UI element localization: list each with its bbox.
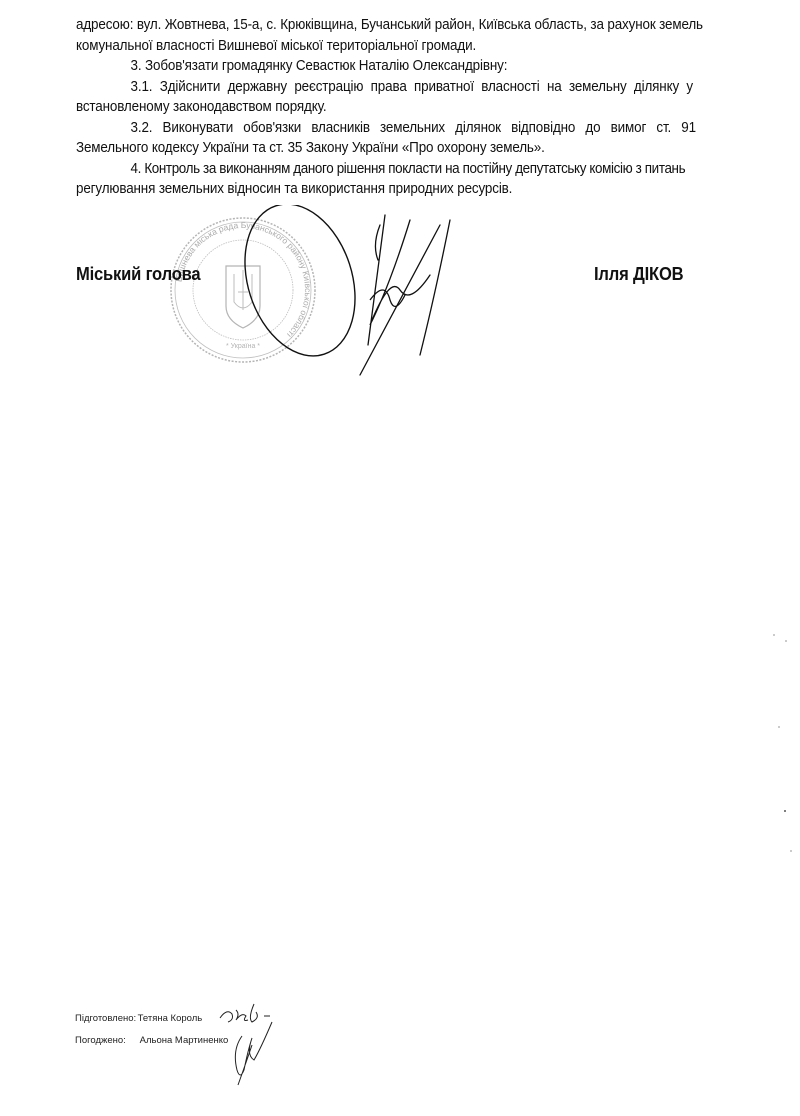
paragraph-address-line2: комунальної власності Вишневої міської т… [76, 36, 718, 57]
paragraph-address-line1: адресою: вул. Жовтнева, 15-а, с. Крюківщ… [76, 15, 718, 36]
scan-artifact [790, 850, 792, 852]
scan-artifact [784, 810, 786, 812]
signatory-name: Ілля ДІКОВ [594, 264, 683, 285]
footer-prepared: Підготовлено: Тетяна Король [75, 1013, 202, 1024]
paragraph-3-1-line1: 3.1. Здійснити державну реєстрацію права… [76, 77, 718, 98]
agreed-label: Погоджено: [75, 1035, 137, 1046]
scan-artifact [778, 726, 780, 728]
mayor-signature-icon [240, 205, 460, 380]
paragraph-3-2-line1: 3.2. Виконувати обов'язки власників земе… [76, 118, 718, 139]
prepared-label: Підготовлено: [75, 1013, 135, 1024]
scan-artifact [785, 640, 787, 642]
initials-signature-icon [212, 1000, 312, 1090]
paragraph-3-2-line2: Земельного кодексу України та ст. 35 Зак… [76, 138, 718, 159]
paragraph-4-line1: 4. Контроль за виконанням даного рішення… [76, 159, 718, 180]
document-body: адресою: вул. Жовтнева, 15-а, с. Крюківщ… [76, 15, 718, 200]
prepared-name: Тетяна Король [138, 1013, 203, 1024]
scan-artifact [773, 634, 775, 636]
signature-title: Міський голова [76, 264, 200, 285]
footer-agreed: Погоджено: Альона Мартиненко [75, 1035, 228, 1046]
paragraph-3-1-line2: встановленому законодавством порядку. [76, 97, 718, 118]
document-page: адресою: вул. Жовтнева, 15-а, с. Крюківщ… [0, 0, 800, 1116]
paragraph-4-line2: регулювання земельних відносин та викори… [76, 179, 718, 200]
paragraph-3: 3. Зобов'язати громадянку Севастюк Натал… [76, 56, 718, 77]
